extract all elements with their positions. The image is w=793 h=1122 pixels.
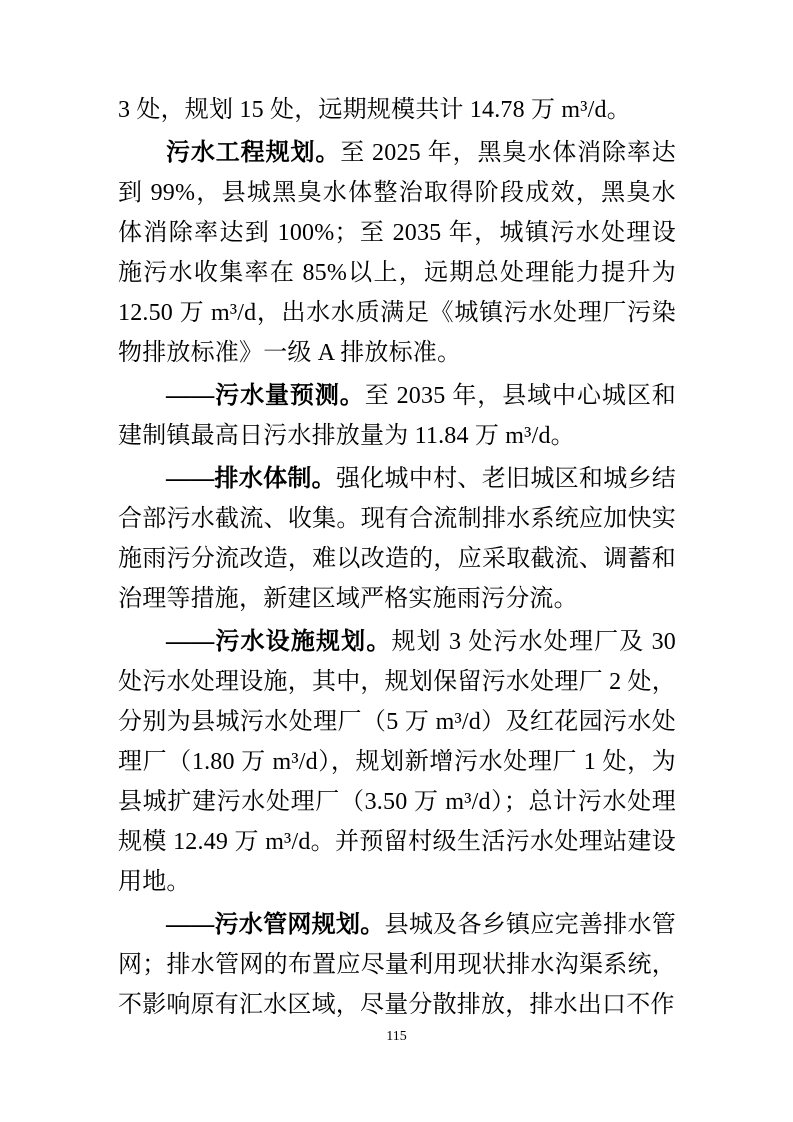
paragraph-lead: ——污水管网规划。 <box>166 912 385 938</box>
page-number: 115 <box>0 1028 793 1046</box>
paragraph-lead: ——污水量预测。 <box>166 383 365 409</box>
paragraph-sewage-volume-forecast: ——污水量预测。至 2035 年，县域中心城区和建制镇最高日污水排放量为 11.… <box>118 376 676 456</box>
paragraph-sewage-facility-plan: ——污水设施规划。规划 3 处污水处理厂及 30 处污水处理设施，其中，规划保留… <box>118 622 676 902</box>
paragraph-lead: 污水工程规划。 <box>166 140 340 166</box>
paragraph-continuation: 3 处，规划 15 处，远期规模共计 14.78 万 m³/d。 <box>118 90 676 130</box>
paragraph-sewage-pipe-network-plan: ——污水管网规划。县城及各乡镇应完善排水管网；排水管网的布置应尽量利用现状排水沟… <box>118 905 676 1025</box>
document-page: 3 处，规划 15 处，远期规模共计 14.78 万 m³/d。 污水工程规划。… <box>0 0 793 1122</box>
paragraph-sewage-engineering-plan: 污水工程规划。至 2025 年，黑臭水体消除率达到 99%，县城黑臭水体整治取得… <box>118 133 676 373</box>
paragraph-text: 规划 3 处污水处理厂及 30 处污水处理设施，其中，规划保留污水处理厂 2 处… <box>118 629 676 895</box>
paragraph-lead: ——污水设施规划。 <box>166 629 391 655</box>
paragraph-lead: ——排水体制。 <box>166 466 336 492</box>
paragraph-drainage-system: ——排水体制。强化城中村、老旧城区和城乡结合部污水截流、收集。现有合流制排水系统… <box>118 459 676 619</box>
document-body-text: 3 处，规划 15 处，远期规模共计 14.78 万 m³/d。 污水工程规划。… <box>118 90 676 1025</box>
paragraph-text: 至 2025 年，黑臭水体消除率达到 99%，县城黑臭水体整治取得阶段成效，黑臭… <box>118 140 676 366</box>
paragraph-text: 3 处，规划 15 处，远期规模共计 14.78 万 m³/d。 <box>118 97 631 123</box>
